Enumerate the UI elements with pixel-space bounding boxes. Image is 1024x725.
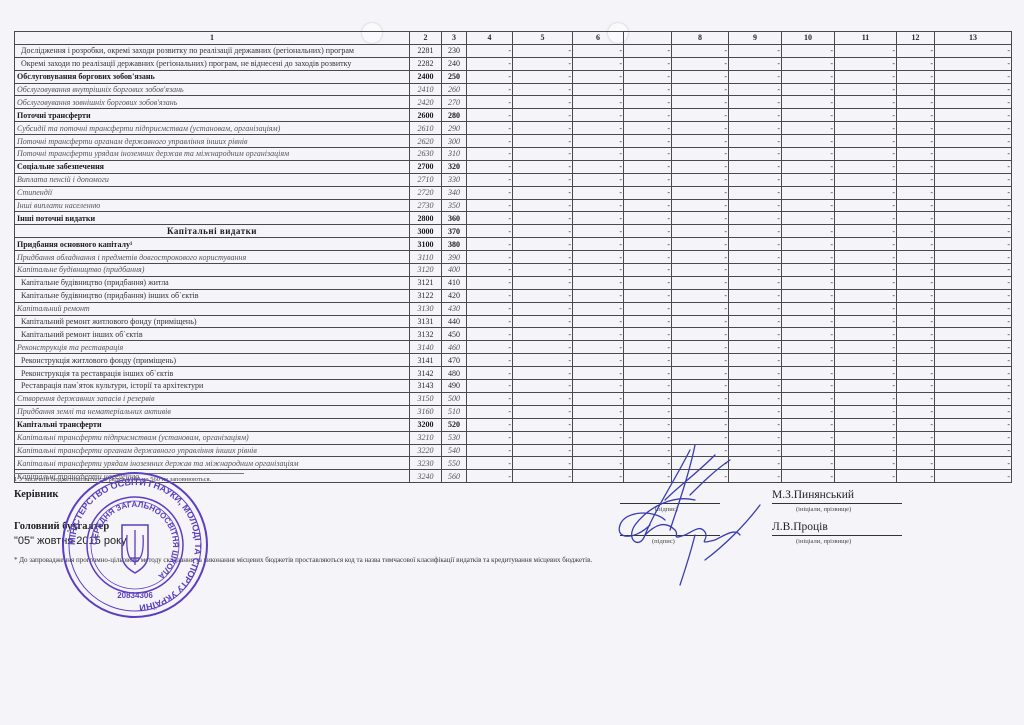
row-value: - [624, 57, 672, 70]
row-code: 2720 [410, 186, 442, 199]
row-name: Придбання основного капіталу¹ [15, 238, 410, 251]
row-value: - [782, 289, 835, 302]
row-line-number: 230 [442, 44, 467, 57]
row-value: - [897, 44, 935, 57]
row-value: - [729, 341, 782, 354]
stamp-code: 20834306 [117, 591, 153, 600]
row-line-number: 520 [442, 418, 467, 431]
row-value: - [573, 380, 624, 393]
row-value: - [935, 392, 1012, 405]
row-line-number: 400 [442, 264, 467, 277]
row-value: - [897, 405, 935, 418]
row-value: - [624, 173, 672, 186]
row-value: - [935, 148, 1012, 161]
row-value: - [782, 354, 835, 367]
row-code: 2800 [410, 212, 442, 225]
row-value: - [672, 148, 729, 161]
row-value: - [672, 122, 729, 135]
row-value: - [513, 238, 573, 251]
row-value: - [513, 380, 573, 393]
row-value: - [467, 199, 513, 212]
row-value: - [897, 328, 935, 341]
row-value: - [573, 315, 624, 328]
row-value: - [935, 122, 1012, 135]
row-code: 3150 [410, 392, 442, 405]
row-value: - [672, 315, 729, 328]
row-value: - [835, 470, 897, 483]
row-value: - [672, 57, 729, 70]
row-value: - [782, 315, 835, 328]
table-row: Стипендії2720340---------- [15, 186, 1012, 199]
row-name: Капітальний ремонт інших об`єктів [15, 328, 410, 341]
row-name: Обслуговування зовнішніх боргових зобов'… [15, 96, 410, 109]
row-code: 2620 [410, 135, 442, 148]
row-line-number: 490 [442, 380, 467, 393]
row-value: - [935, 186, 1012, 199]
row-value: - [935, 251, 1012, 264]
row-value: - [782, 341, 835, 354]
row-value: - [782, 392, 835, 405]
row-name: Придбання обладнання і предметів довгост… [15, 251, 410, 264]
row-value: - [729, 173, 782, 186]
row-value: - [573, 238, 624, 251]
row-value: - [513, 328, 573, 341]
row-value: - [897, 457, 935, 470]
row-value: - [573, 276, 624, 289]
row-value: - [467, 173, 513, 186]
row-value: - [782, 367, 835, 380]
row-value: - [897, 109, 935, 122]
row-value: - [729, 418, 782, 431]
row-value: - [624, 238, 672, 251]
row-value: - [467, 225, 513, 238]
accountant-name-caption: (ініціали, прізвище) [796, 538, 851, 545]
table-row: Поточні трансферти2600280---------- [15, 109, 1012, 122]
row-value: - [672, 264, 729, 277]
row-value: - [935, 457, 1012, 470]
row-value: - [467, 289, 513, 302]
table-row: Обслуговування зовнішніх боргових зобов'… [15, 96, 1012, 109]
row-code: 3210 [410, 431, 442, 444]
row-value: - [782, 160, 835, 173]
row-value: - [935, 341, 1012, 354]
row-value: - [782, 380, 835, 393]
row-value: - [782, 264, 835, 277]
row-value: - [897, 289, 935, 302]
row-value: - [935, 44, 1012, 57]
row-line-number: 430 [442, 302, 467, 315]
row-code: 2730 [410, 199, 442, 212]
row-value: - [624, 83, 672, 96]
row-value: - [467, 431, 513, 444]
row-value: - [729, 367, 782, 380]
row-value: - [573, 148, 624, 161]
row-value: - [513, 199, 573, 212]
row-value: - [897, 251, 935, 264]
row-name: Поточні трансферти [15, 109, 410, 122]
row-value: - [467, 341, 513, 354]
row-value: - [672, 44, 729, 57]
accountant-name-line [772, 535, 902, 536]
row-value: - [513, 160, 573, 173]
row-value: - [513, 405, 573, 418]
row-value: - [835, 444, 897, 457]
row-value: - [935, 315, 1012, 328]
row-value: - [672, 160, 729, 173]
row-line-number: 260 [442, 83, 467, 96]
row-value: - [467, 392, 513, 405]
row-value: - [513, 148, 573, 161]
row-value: - [835, 405, 897, 418]
row-value: - [624, 341, 672, 354]
row-value: - [835, 457, 897, 470]
row-value: - [624, 251, 672, 264]
row-value: - [729, 354, 782, 367]
row-value: - [782, 225, 835, 238]
table-row: Окремі заходи по реалізації державних (р… [15, 57, 1012, 70]
row-code: 3141 [410, 354, 442, 367]
row-value: - [835, 135, 897, 148]
row-value: - [573, 70, 624, 83]
column-header: 1 [15, 32, 410, 45]
row-value: - [935, 444, 1012, 457]
row-value: - [573, 173, 624, 186]
row-value: - [624, 122, 672, 135]
row-value: - [835, 418, 897, 431]
row-value: - [729, 160, 782, 173]
table-row: Капітальне будівництво (придбання)312040… [15, 264, 1012, 277]
row-line-number: 350 [442, 199, 467, 212]
row-value: - [467, 328, 513, 341]
row-value: - [573, 392, 624, 405]
row-value: - [935, 289, 1012, 302]
row-line-number: 480 [442, 367, 467, 380]
row-value: - [729, 199, 782, 212]
row-code: 3240 [410, 470, 442, 483]
row-value: - [729, 238, 782, 251]
row-value: - [897, 367, 935, 380]
row-code: 2700 [410, 160, 442, 173]
row-name: Інші виплати населенню [15, 199, 410, 212]
row-value: - [467, 380, 513, 393]
table-row: Капітальний ремонт3130430---------- [15, 302, 1012, 315]
row-value: - [467, 96, 513, 109]
row-value: - [513, 302, 573, 315]
column-header: 2 [410, 32, 442, 45]
row-value: - [624, 212, 672, 225]
row-value: - [672, 302, 729, 315]
row-value: - [897, 302, 935, 315]
row-value: - [513, 470, 573, 483]
row-code: 2281 [410, 44, 442, 57]
table-row: Обслуговування боргових зобов'язань24002… [15, 70, 1012, 83]
row-value: - [573, 367, 624, 380]
row-value: - [897, 380, 935, 393]
row-value: - [513, 418, 573, 431]
head-name-caption: (ініціали, прізвище) [796, 506, 851, 513]
row-value: - [729, 83, 782, 96]
table-row: Капітальні видатки3000370---------- [15, 225, 1012, 238]
row-value: - [573, 122, 624, 135]
table-row: Реконструкція та реставрація3140460-----… [15, 341, 1012, 354]
row-value: - [729, 44, 782, 57]
row-value: - [573, 199, 624, 212]
row-value: - [835, 289, 897, 302]
row-value: - [624, 135, 672, 148]
head-name-line [772, 503, 902, 504]
row-value: - [467, 160, 513, 173]
row-value: - [573, 405, 624, 418]
column-header: 3 [442, 32, 467, 45]
row-name: Виплата пенсій і допомоги [15, 173, 410, 186]
row-value: - [573, 186, 624, 199]
row-code: 3122 [410, 289, 442, 302]
row-value: - [782, 122, 835, 135]
row-line-number: 560 [442, 470, 467, 483]
row-value: - [467, 315, 513, 328]
column-header: 8 [672, 32, 729, 45]
row-value: - [782, 470, 835, 483]
row-value: - [729, 276, 782, 289]
row-code: 3000 [410, 225, 442, 238]
table-row: Капітальний ремонт інших об`єктів3132450… [15, 328, 1012, 341]
column-header: 12 [897, 32, 935, 45]
row-value: - [935, 354, 1012, 367]
row-value: - [513, 44, 573, 57]
row-value: - [782, 276, 835, 289]
row-value: - [513, 392, 573, 405]
row-value: - [782, 44, 835, 57]
row-value: - [835, 431, 897, 444]
row-code: 2282 [410, 57, 442, 70]
row-value: - [897, 173, 935, 186]
row-value: - [897, 135, 935, 148]
row-value: - [624, 354, 672, 367]
row-value: - [573, 135, 624, 148]
row-value: - [467, 251, 513, 264]
row-value: - [624, 392, 672, 405]
row-value: - [835, 328, 897, 341]
row-value: - [467, 212, 513, 225]
column-header [624, 32, 672, 45]
row-value: - [897, 96, 935, 109]
row-code: 3230 [410, 457, 442, 470]
row-value: - [935, 431, 1012, 444]
row-value: - [467, 44, 513, 57]
table-row: Капітальний ремонт житлового фонду (прим… [15, 315, 1012, 328]
row-value: - [467, 238, 513, 251]
row-value: - [624, 289, 672, 302]
row-line-number: 310 [442, 148, 467, 161]
row-value: - [935, 470, 1012, 483]
row-value: - [935, 328, 1012, 341]
row-name: Капітальний ремонт житлового фонду (прим… [15, 315, 410, 328]
row-value: - [897, 225, 935, 238]
row-code: 2400 [410, 70, 442, 83]
row-value: - [897, 186, 935, 199]
row-code: 3131 [410, 315, 442, 328]
row-value: - [672, 405, 729, 418]
row-value: - [672, 238, 729, 251]
row-value: - [624, 328, 672, 341]
row-value: - [935, 238, 1012, 251]
row-value: - [672, 135, 729, 148]
row-value: - [513, 289, 573, 302]
row-value: - [624, 367, 672, 380]
row-value: - [935, 135, 1012, 148]
row-value: - [729, 212, 782, 225]
row-value: - [897, 70, 935, 83]
row-value: - [835, 251, 897, 264]
row-name: Капітальний ремонт [15, 302, 410, 315]
row-value: - [835, 122, 897, 135]
row-value: - [729, 380, 782, 393]
table-row: Капітальне будівництво (придбання) інших… [15, 289, 1012, 302]
row-code: 2630 [410, 148, 442, 161]
row-value: - [782, 251, 835, 264]
row-value: - [624, 276, 672, 289]
row-value: - [573, 57, 624, 70]
row-value: - [467, 405, 513, 418]
row-value: - [467, 83, 513, 96]
row-value: - [467, 457, 513, 470]
row-code: 3160 [410, 405, 442, 418]
row-value: - [782, 302, 835, 315]
row-code: 2610 [410, 122, 442, 135]
table-row: Соціальне забезпечення2700320---------- [15, 160, 1012, 173]
row-value: - [835, 367, 897, 380]
row-line-number: 380 [442, 238, 467, 251]
row-value: - [835, 109, 897, 122]
row-value: - [513, 341, 573, 354]
row-name: Дослідження і розробки, окремі заходи ро… [15, 44, 410, 57]
table-row: Капітальні трансферти3200520---------- [15, 418, 1012, 431]
row-name: Придбання землі та нематеріальних активі… [15, 405, 410, 418]
row-value: - [624, 160, 672, 173]
row-value: - [573, 341, 624, 354]
row-code: 2600 [410, 109, 442, 122]
row-value: - [935, 57, 1012, 70]
row-value: - [729, 289, 782, 302]
row-value: - [729, 148, 782, 161]
row-value: - [935, 405, 1012, 418]
row-value: - [573, 289, 624, 302]
row-value: - [513, 354, 573, 367]
row-value: - [467, 109, 513, 122]
row-value: - [672, 328, 729, 341]
row-value: - [782, 418, 835, 431]
row-value: - [672, 173, 729, 186]
row-code: 3130 [410, 302, 442, 315]
row-value: - [467, 264, 513, 277]
row-value: - [467, 444, 513, 457]
row-value: - [835, 380, 897, 393]
row-value: - [573, 328, 624, 341]
row-value: - [897, 392, 935, 405]
row-value: - [935, 83, 1012, 96]
row-name: Поточні трансферти органам державного уп… [15, 135, 410, 148]
accountant-name: Л.В.Проців [772, 521, 828, 533]
row-name: Реставрація пам`яток культури, історії т… [15, 380, 410, 393]
table-row: Інші поточні видатки2800360---------- [15, 212, 1012, 225]
row-value: - [897, 148, 935, 161]
row-value: - [935, 173, 1012, 186]
table-row: Капітальні трансферти органам державного… [15, 444, 1012, 457]
table-row: Субсидії та поточні трансферти підприємс… [15, 122, 1012, 135]
row-value: - [513, 122, 573, 135]
row-value: - [729, 70, 782, 83]
row-value: - [513, 70, 573, 83]
row-name: Реконструкція та реставрація [15, 341, 410, 354]
row-value: - [835, 238, 897, 251]
row-value: - [729, 225, 782, 238]
row-value: - [897, 264, 935, 277]
row-name: Капітальне будівництво (придбання) житла [15, 276, 410, 289]
row-value: - [782, 457, 835, 470]
row-code: 3220 [410, 444, 442, 457]
row-value: - [672, 380, 729, 393]
row-value: - [467, 418, 513, 431]
row-line-number: 290 [442, 122, 467, 135]
column-header: 13 [935, 32, 1012, 45]
row-value: - [835, 44, 897, 57]
column-header: 6 [573, 32, 624, 45]
row-line-number: 320 [442, 160, 467, 173]
row-value: - [513, 264, 573, 277]
row-value: - [467, 135, 513, 148]
row-code: 3200 [410, 418, 442, 431]
row-value: - [935, 70, 1012, 83]
row-value: - [467, 148, 513, 161]
row-value: - [573, 83, 624, 96]
row-value: - [467, 186, 513, 199]
row-value: - [513, 444, 573, 457]
row-value: - [573, 225, 624, 238]
table-row: Інші виплати населенню2730350---------- [15, 199, 1012, 212]
row-name: Стипендії [15, 186, 410, 199]
row-value: - [513, 135, 573, 148]
row-name: Реконструкція та реставрація інших об`єк… [15, 367, 410, 380]
row-value: - [897, 354, 935, 367]
row-value: - [782, 444, 835, 457]
row-value: - [513, 315, 573, 328]
row-value: - [513, 276, 573, 289]
column-header: 4 [467, 32, 513, 45]
row-value: - [782, 328, 835, 341]
handwritten-signature-icon [595, 440, 775, 590]
row-value: - [935, 109, 1012, 122]
row-value: - [729, 96, 782, 109]
row-value: - [729, 315, 782, 328]
row-value: - [513, 251, 573, 264]
row-value: - [672, 96, 729, 109]
row-value: - [672, 109, 729, 122]
row-value: - [672, 212, 729, 225]
row-value: - [729, 135, 782, 148]
row-value: - [782, 199, 835, 212]
row-value: - [897, 199, 935, 212]
row-value: - [624, 96, 672, 109]
row-value: - [935, 367, 1012, 380]
column-header: 5 [513, 32, 573, 45]
row-code: 3100 [410, 238, 442, 251]
row-value: - [672, 341, 729, 354]
row-name: Капітальне будівництво (придбання) інших… [15, 289, 410, 302]
row-value: - [573, 302, 624, 315]
row-value: - [513, 225, 573, 238]
row-value: - [935, 264, 1012, 277]
row-value: - [467, 57, 513, 70]
